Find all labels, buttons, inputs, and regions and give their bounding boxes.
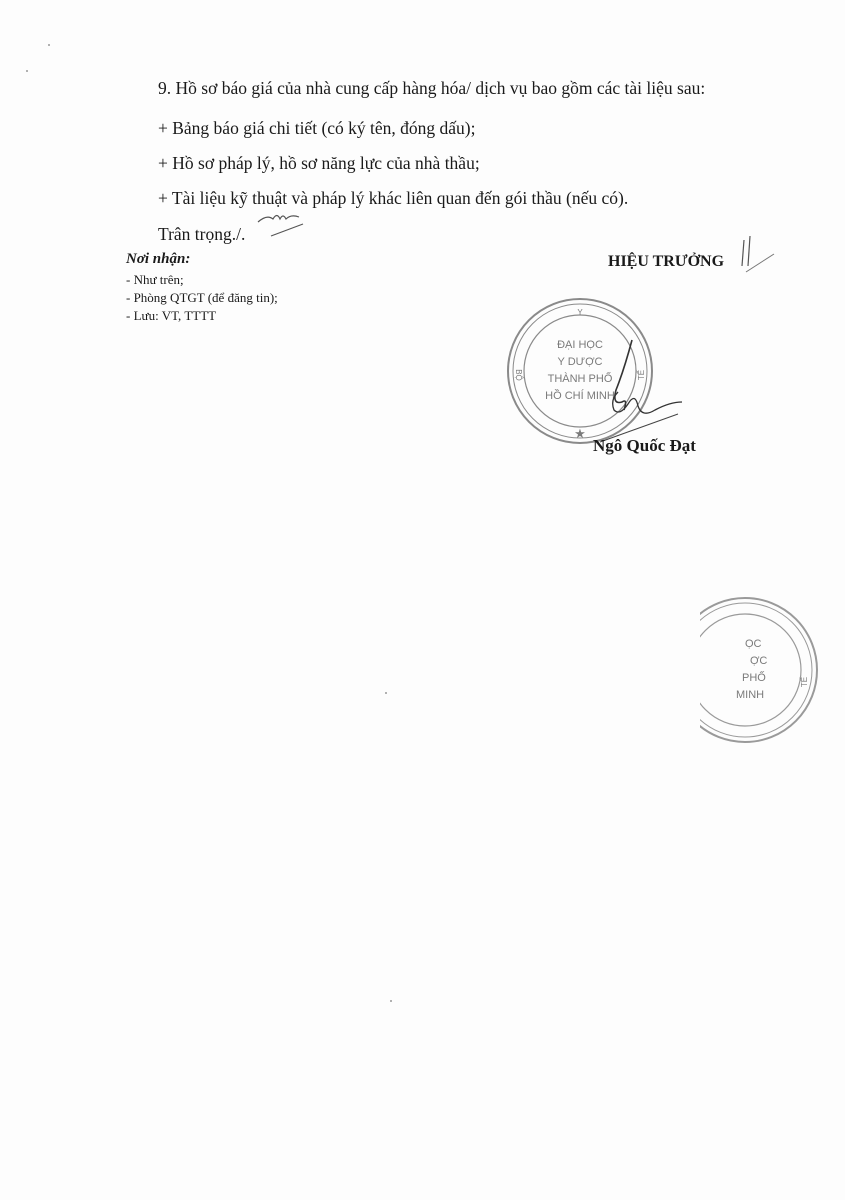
bullet-technical: + Tài liệu kỹ thuật và pháp lý khác liên… <box>158 188 628 209</box>
svg-text:ỢC: ỢC <box>750 655 767 667</box>
scan-speck <box>48 44 50 46</box>
document-page: 9. Hồ sơ báo giá của nhà cung cấp hàng h… <box>0 0 845 1200</box>
scan-speck <box>26 70 28 72</box>
closing: Trân trọng./. <box>158 224 245 245</box>
svg-text:PHỐ: PHỐ <box>742 670 766 684</box>
bullet-legal: + Hồ sơ pháp lý, hồ sơ năng lực của nhà … <box>158 153 480 174</box>
recipient-item: - Như trên; <box>126 272 184 288</box>
signer-name: Ngô Quốc Đạt <box>593 436 696 456</box>
svg-text:TẾ: TẾ <box>799 677 809 687</box>
signature-icon <box>580 330 700 450</box>
recipients-title: Nơi nhận: <box>126 251 190 268</box>
scan-speck <box>390 1000 392 1002</box>
item-9: 9. Hồ sơ báo giá của nhà cung cấp hàng h… <box>158 78 705 99</box>
initials-mark-icon <box>736 232 781 277</box>
svg-text:Y: Y <box>577 308 583 317</box>
recipient-item: - Phòng QTGT (để đăng tin); <box>126 290 278 306</box>
partial-seal-icon: ỌC ỢC PHỐ MINH TẾ <box>700 595 845 745</box>
svg-text:ỌC: ỌC <box>745 638 762 650</box>
signer-title: HIỆU TRƯỞNG <box>608 253 724 271</box>
svg-text:MINH: MINH <box>736 689 764 701</box>
scan-speck <box>385 692 387 694</box>
recipient-item: - Lưu: VT, TTTT <box>126 308 216 324</box>
svg-text:BỘ: BỘ <box>514 369 523 381</box>
initials-scribble-icon <box>255 210 310 240</box>
bullet-quote: + Bảng báo giá chi tiết (có ký tên, đóng… <box>158 118 476 139</box>
